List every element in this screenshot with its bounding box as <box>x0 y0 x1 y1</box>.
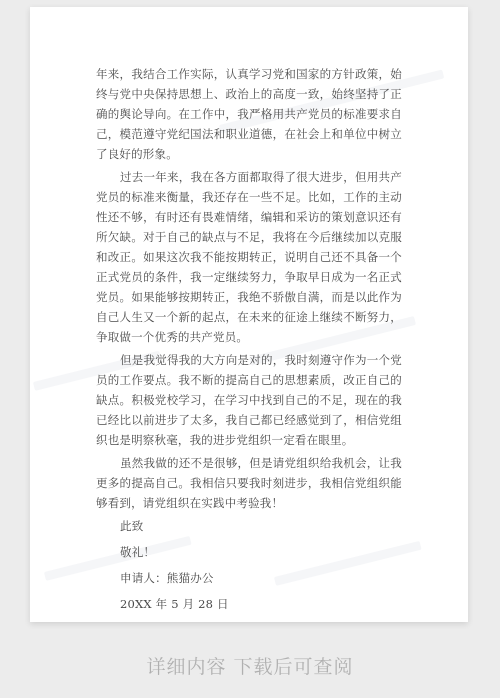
document-page: 年来，我结合工作实际，认真学习党和国家的方针政策，始终与党中央保持思想上、政治上… <box>30 7 468 622</box>
paragraph-1: 年来，我结合工作实际，认真学习党和国家的方针政策，始终与党中央保持思想上、政治上… <box>96 64 402 164</box>
paragraph-3: 但是我觉得我的大方向是对的，我时刻遵守作为一个党员的工作要点。我不断的提高自己的… <box>96 350 402 450</box>
date-line: 20XX 年 5 月 28 日 <box>120 594 402 614</box>
download-prompt: 详细内容 下载后可查阅 <box>0 652 500 679</box>
paragraph-2: 过去一年来，我在各方面都取得了很大进步，但用共产党员的标准来衡量，我还存在一些不… <box>96 167 402 347</box>
salutation-line-1: 此致 <box>120 516 402 536</box>
applicant-signature: 申请人：熊猫办公 <box>120 568 402 588</box>
paragraph-4: 虽然我做的还不是很够，但是请党组织给我机会，让我更多的提高自己。我相信只要我时刻… <box>96 453 402 513</box>
salutation-line-2: 敬礼！ <box>120 542 402 562</box>
document-body: 年来，我结合工作实际，认真学习党和国家的方针政策，始终与党中央保持思想上、政治上… <box>96 64 402 620</box>
